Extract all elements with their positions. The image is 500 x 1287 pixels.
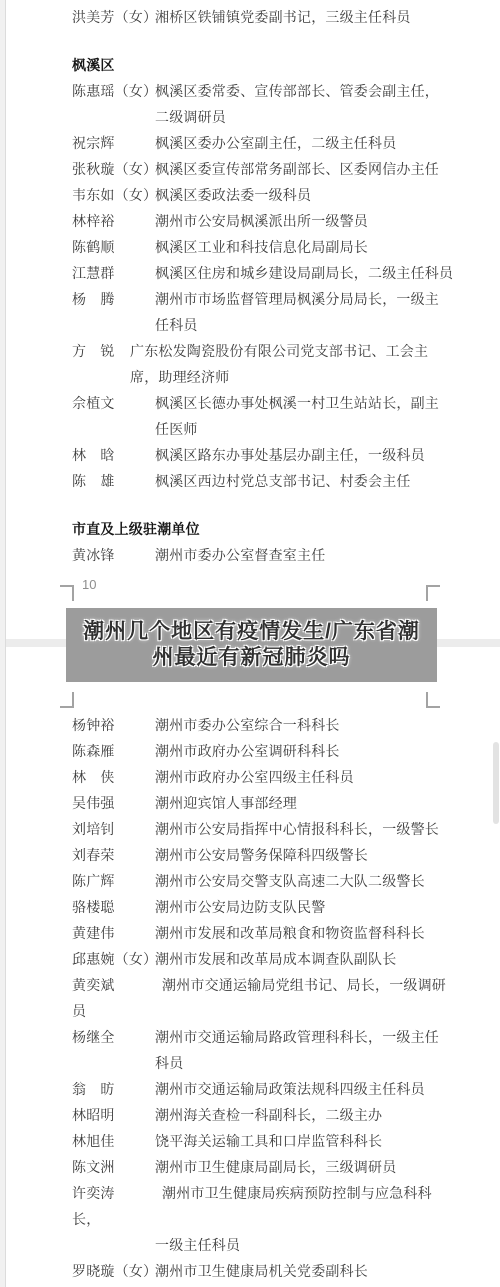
entry-position: 潮州市发展和改革局成本调查队副队长	[155, 946, 396, 972]
entry-position: 潮州市卫生健康局疾病预防控制与应急科科	[162, 1180, 432, 1206]
entry-position: 枫溪区委常委、宣传部部长、管委会副主任，	[155, 78, 439, 104]
crop-mark-top-left-icon	[60, 692, 74, 708]
entry-row: 吴伟强潮州迎宾馆人事部经理	[72, 790, 490, 816]
continuation-text: 二级调研员	[155, 104, 226, 130]
entry-name: 杨钟裕	[72, 712, 155, 738]
entry-name: 陈惠瑶（女）	[72, 78, 155, 104]
entry-position: 潮州市卫生健康局副局长，三级调研员	[155, 1154, 396, 1180]
entry-position: 潮州市交通运输局党组书记、局长，一级调研	[162, 972, 446, 998]
entry-name: 江慧群	[72, 260, 155, 286]
section-header-label: 枫溪区	[72, 52, 115, 78]
entry-name: 刘春荣	[72, 842, 155, 868]
entry-row: 杨钟裕潮州市委办公室综合一科科长	[72, 712, 490, 738]
entry-row: 杨 腾潮州市市场监督管理局枫溪分局局长，一级主	[72, 286, 490, 312]
entry-name: 陈文洲	[72, 1154, 155, 1180]
entry-row: 翁 昉潮州市交通运输局政策法规科四级主任科员	[72, 1076, 490, 1102]
page-10-footer-zone: 10	[0, 568, 500, 608]
banner-zone: 潮州几个地区有疫情发生/广东省潮 州最近有新冠肺炎吗	[0, 608, 500, 682]
entry-row: 林梓裕潮州市公安局枫溪派出所一级警员	[72, 208, 490, 234]
crop-mark-top-right-icon	[426, 692, 440, 708]
entry-name: 林 晗	[72, 442, 155, 468]
page-left-edge	[0, 0, 6, 1287]
entry-position: 潮州海关查检一科副科长，二级主办	[155, 1102, 382, 1128]
entry-row: 黄冰锋潮州市委办公室督查室主任	[72, 542, 490, 568]
entry-row: 陈森雁潮州市政府办公室调研科科长	[72, 738, 490, 764]
entry-name: 邱惠婉（女）	[72, 946, 155, 972]
entry-name: 林 侠	[72, 764, 155, 790]
entry-position: 潮州市委办公室综合一科科长	[155, 712, 340, 738]
entry-position: 枫溪区工业和科技信息化局副局长	[155, 234, 368, 260]
entry-name: 韦东如（女）	[72, 182, 155, 208]
entry-row: 陈广辉潮州市公安局交警支队高速二大队二级警长	[72, 868, 490, 894]
entry-name: 杨 腾	[72, 286, 155, 312]
continuation-text: 任科员	[155, 312, 198, 338]
entry-name: 陈鹤顺	[72, 234, 155, 260]
section-header-label: 市直及上级驻潮单位	[72, 516, 200, 542]
continuation-text: 席，助理经济师	[130, 364, 229, 390]
entry-row: 杨继全潮州市交通运输局路政管理科科长，一级主任	[72, 1024, 490, 1050]
entry-row: 韦东如（女）枫溪区委政法委一级科员	[72, 182, 490, 208]
continuation-row: 任科员	[72, 312, 490, 338]
entry-row: 方 锐广东松发陶瓷股份有限公司党支部书记、工会主	[72, 338, 490, 364]
entry-row: 张秋璇（女）枫溪区委宣传部常务副部长、区委网信办主任	[72, 156, 490, 182]
page-11-header-zone	[0, 682, 500, 712]
entry-name: 陈 雄	[72, 468, 155, 494]
entry-row: 陈惠瑶（女）枫溪区委常委、宣传部部长、管委会副主任，	[72, 78, 490, 104]
continuation-text: 员	[72, 998, 86, 1024]
continuation-row: 二级调研员	[72, 104, 490, 130]
entry-position: 潮州市政府办公室调研科科长	[155, 738, 340, 764]
entry-position: 枫溪区委办公室副主任，二级主任科员	[155, 130, 396, 156]
entry-row: 骆楼聪潮州市公安局边防支队民警	[72, 894, 490, 920]
entry-row: 洪美芳（女）湘桥区铁铺镇党委副书记，三级主任科员	[72, 4, 490, 30]
entry-position: 枫溪区委政法委一级科员	[155, 182, 311, 208]
entry-position: 潮州迎宾馆人事部经理	[155, 790, 297, 816]
continuation-text: 任医师	[155, 416, 198, 442]
entry-position: 潮州市政府办公室四级主任科员	[155, 764, 354, 790]
document-view: 洪美芳（女）湘桥区铁铺镇党委副书记，三级主任科员枫溪区陈惠瑶（女）枫溪区委常委、…	[0, 0, 500, 1284]
section-header: 市直及上级驻潮单位	[72, 516, 490, 542]
entry-row: 祝宗辉枫溪区委办公室副主任，二级主任科员	[72, 130, 490, 156]
entry-row: 许奕涛潮州市卫生健康局疾病预防控制与应急科科	[72, 1180, 490, 1206]
entry-position: 潮州市公安局指挥中心情报科科长，一级警长	[155, 816, 439, 842]
entry-position: 潮州市公安局边防支队民警	[155, 894, 325, 920]
entry-name: 祝宗辉	[72, 130, 155, 156]
entry-row: 黄建伟潮州市发展和改革局粮食和物资监督科科长	[72, 920, 490, 946]
continuation-row: 长，	[72, 1206, 490, 1232]
continuation-row: 一级主任科员	[72, 1232, 490, 1258]
document-page-10-rows: 洪美芳（女）湘桥区铁铺镇党委副书记，三级主任科员枫溪区陈惠瑶（女）枫溪区委常委、…	[0, 0, 500, 568]
entry-position: 枫溪区住房和城乡建设局副局长，二级主任科员	[155, 260, 453, 286]
entry-name: 方 锐	[72, 338, 130, 364]
entry-row: 林 侠潮州市政府办公室四级主任科员	[72, 764, 490, 790]
entry-row: 罗晓璇（女）潮州市卫生健康局机关党委副科长	[72, 1258, 490, 1284]
continuation-row: 任医师	[72, 416, 490, 442]
entry-name: 黄建伟	[72, 920, 155, 946]
entry-name: 刘培钊	[72, 816, 155, 842]
banner-title-line1: 潮州几个地区有疫情发生/广东省潮	[83, 619, 420, 645]
page-number: 10	[82, 577, 96, 592]
crop-mark-bottom-left-icon	[60, 585, 74, 601]
entry-name: 骆楼聪	[72, 894, 155, 920]
entry-row: 江慧群枫溪区住房和城乡建设局副局长，二级主任科员	[72, 260, 490, 286]
entry-row: 刘春荣潮州市公安局警务保障科四级警长	[72, 842, 490, 868]
entry-row: 邱惠婉（女）潮州市发展和改革局成本调查队副队长	[72, 946, 490, 972]
entry-row: 黄奕斌潮州市交通运输局党组书记、局长，一级调研	[72, 972, 490, 998]
entry-position: 枫溪区西边村党总支部书记、村委会主任	[155, 468, 411, 494]
banner-title-line2: 州最近有新冠肺炎吗	[153, 645, 351, 671]
entry-name: 张秋璇（女）	[72, 156, 155, 182]
entry-position: 枫溪区路东办事处基层办副主任，一级科员	[155, 442, 425, 468]
entry-name: 许奕涛	[72, 1180, 162, 1206]
entry-position: 饶平海关运输工具和口岸监管科科长	[155, 1128, 382, 1154]
continuation-row: 席，助理经济师	[72, 364, 490, 390]
entry-name: 黄冰锋	[72, 542, 155, 568]
entry-row: 陈 雄枫溪区西边村党总支部书记、村委会主任	[72, 468, 490, 494]
entry-name: 林昭明	[72, 1102, 155, 1128]
continuation-text: 一级主任科员	[155, 1232, 240, 1258]
continuation-row: 员	[72, 998, 490, 1024]
entry-name: 翁 昉	[72, 1076, 155, 1102]
crop-mark-bottom-right-icon	[426, 585, 440, 601]
entry-position: 潮州市卫生健康局机关党委副科长	[155, 1258, 368, 1284]
entry-name: 林旭佳	[72, 1128, 155, 1154]
entry-position: 潮州市交通运输局路政管理科科长，一级主任	[155, 1024, 439, 1050]
continuation-text: 科员	[155, 1050, 183, 1076]
entry-name: 洪美芳（女）	[72, 4, 155, 30]
entry-position: 潮州市发展和改革局粮食和物资监督科科长	[155, 920, 425, 946]
section-header: 枫溪区	[72, 52, 490, 78]
entry-name: 佘植文	[72, 390, 155, 416]
entry-row: 林昭明潮州海关查检一科副科长，二级主办	[72, 1102, 490, 1128]
entry-name: 黄奕斌	[72, 972, 162, 998]
entry-position: 潮州市公安局警务保障科四级警长	[155, 842, 368, 868]
entry-row: 林 晗枫溪区路东办事处基层办副主任，一级科员	[72, 442, 490, 468]
entry-position: 潮州市委办公室督查室主任	[155, 542, 325, 568]
entry-position: 枫溪区长德办事处枫溪一村卫生站站长，副主	[155, 390, 439, 416]
scrollbar-thumb[interactable]	[493, 742, 499, 824]
entry-name: 陈广辉	[72, 868, 155, 894]
entry-name: 吴伟强	[72, 790, 155, 816]
continuation-text: 长，	[72, 1206, 100, 1232]
entry-position: 潮州市交通运输局政策法规科四级主任科员	[155, 1076, 425, 1102]
entry-row: 陈文洲潮州市卫生健康局副局长，三级调研员	[72, 1154, 490, 1180]
continuation-row: 科员	[72, 1050, 490, 1076]
entry-position: 湘桥区铁铺镇党委副书记，三级主任科员	[155, 4, 411, 30]
entry-row: 佘植文枫溪区长德办事处枫溪一村卫生站站长，副主	[72, 390, 490, 416]
entry-name: 杨继全	[72, 1024, 155, 1050]
entry-name: 陈森雁	[72, 738, 155, 764]
document-page-11-rows: 杨钟裕潮州市委办公室综合一科科长陈森雁潮州市政府办公室调研科科长林 侠潮州市政府…	[0, 712, 500, 1284]
entry-position: 潮州市市场监督管理局枫溪分局局长，一级主	[155, 286, 439, 312]
entry-name: 林梓裕	[72, 208, 155, 234]
entry-row: 陈鹤顺枫溪区工业和科技信息化局副局长	[72, 234, 490, 260]
entry-row: 刘培钊潮州市公安局指挥中心情报科科长，一级警长	[72, 816, 490, 842]
entry-row: 林旭佳饶平海关运输工具和口岸监管科科长	[72, 1128, 490, 1154]
entry-position: 潮州市公安局枫溪派出所一级警员	[155, 208, 368, 234]
entry-position: 枫溪区委宣传部常务副部长、区委网信办主任	[155, 156, 439, 182]
entry-position: 潮州市公安局交警支队高速二大队二级警长	[155, 868, 425, 894]
article-title-banner[interactable]: 潮州几个地区有疫情发生/广东省潮 州最近有新冠肺炎吗	[66, 608, 437, 682]
entry-position: 广东松发陶瓷股份有限公司党支部书记、工会主	[130, 338, 428, 364]
entry-name: 罗晓璇（女）	[72, 1258, 155, 1284]
